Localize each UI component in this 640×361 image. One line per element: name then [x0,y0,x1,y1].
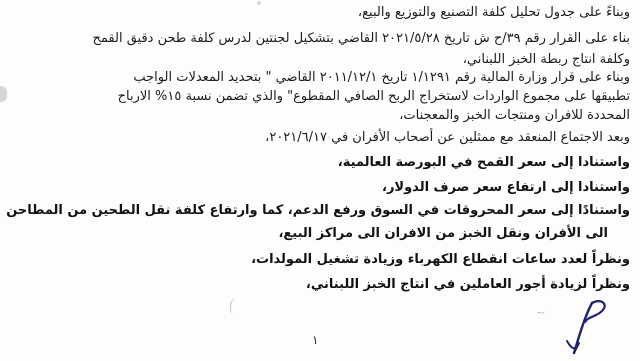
scan-mark: ~ [536,306,545,319]
document-line: تطبيقها على مجموع الواردات لاستخراج الرب… [118,87,630,107]
scanned-document-page: وبناءً على جدول تحليل كلفة التصنيع والتو… [0,0,640,361]
document-line: الى الأفران ونقل الخبز من الافران الى مر… [278,224,608,244]
document-line: واستنادا إلى سعر القمح في البورصة العالم… [338,153,630,173]
signature-scribble [564,296,616,356]
document-line: وبناء على قرار وزارة المالية رقم ١/١٢٩١ … [133,68,630,88]
document-line: واستنادًا إلى سعر المحروقات في السوق ورف… [6,201,630,221]
document-line: المحددة للافران ومنتجات الخبز والمعجنات، [399,106,630,126]
document-line: ونظراً لزيادة أجور العاملين في انتاج الخ… [306,275,630,295]
document-line: وكلفة انتاج ربطة الخبز اللبناني، [463,50,630,70]
document-line: واستنادا إلى ارتفاع سعر صرف الدولار، [382,178,630,198]
document-line: وبناءً على جدول تحليل كلفة التصنيع والتو… [358,3,630,23]
document-line: ونظراً لعدد ساعات انقطاع الكهرباء وزيادة… [251,250,630,270]
scan-mark [229,297,240,314]
document-line: وبعد الاجتماع المنعقد مع ممثلين عن أصحاب… [265,128,630,148]
page-number: ١ [312,333,318,347]
document-line: بناء على القرار رقم ٣٩/ح ش تاريخ ٢٠٢١/٥/… [93,29,631,49]
scan-smudge [0,86,7,102]
scan-speck [257,1,261,5]
